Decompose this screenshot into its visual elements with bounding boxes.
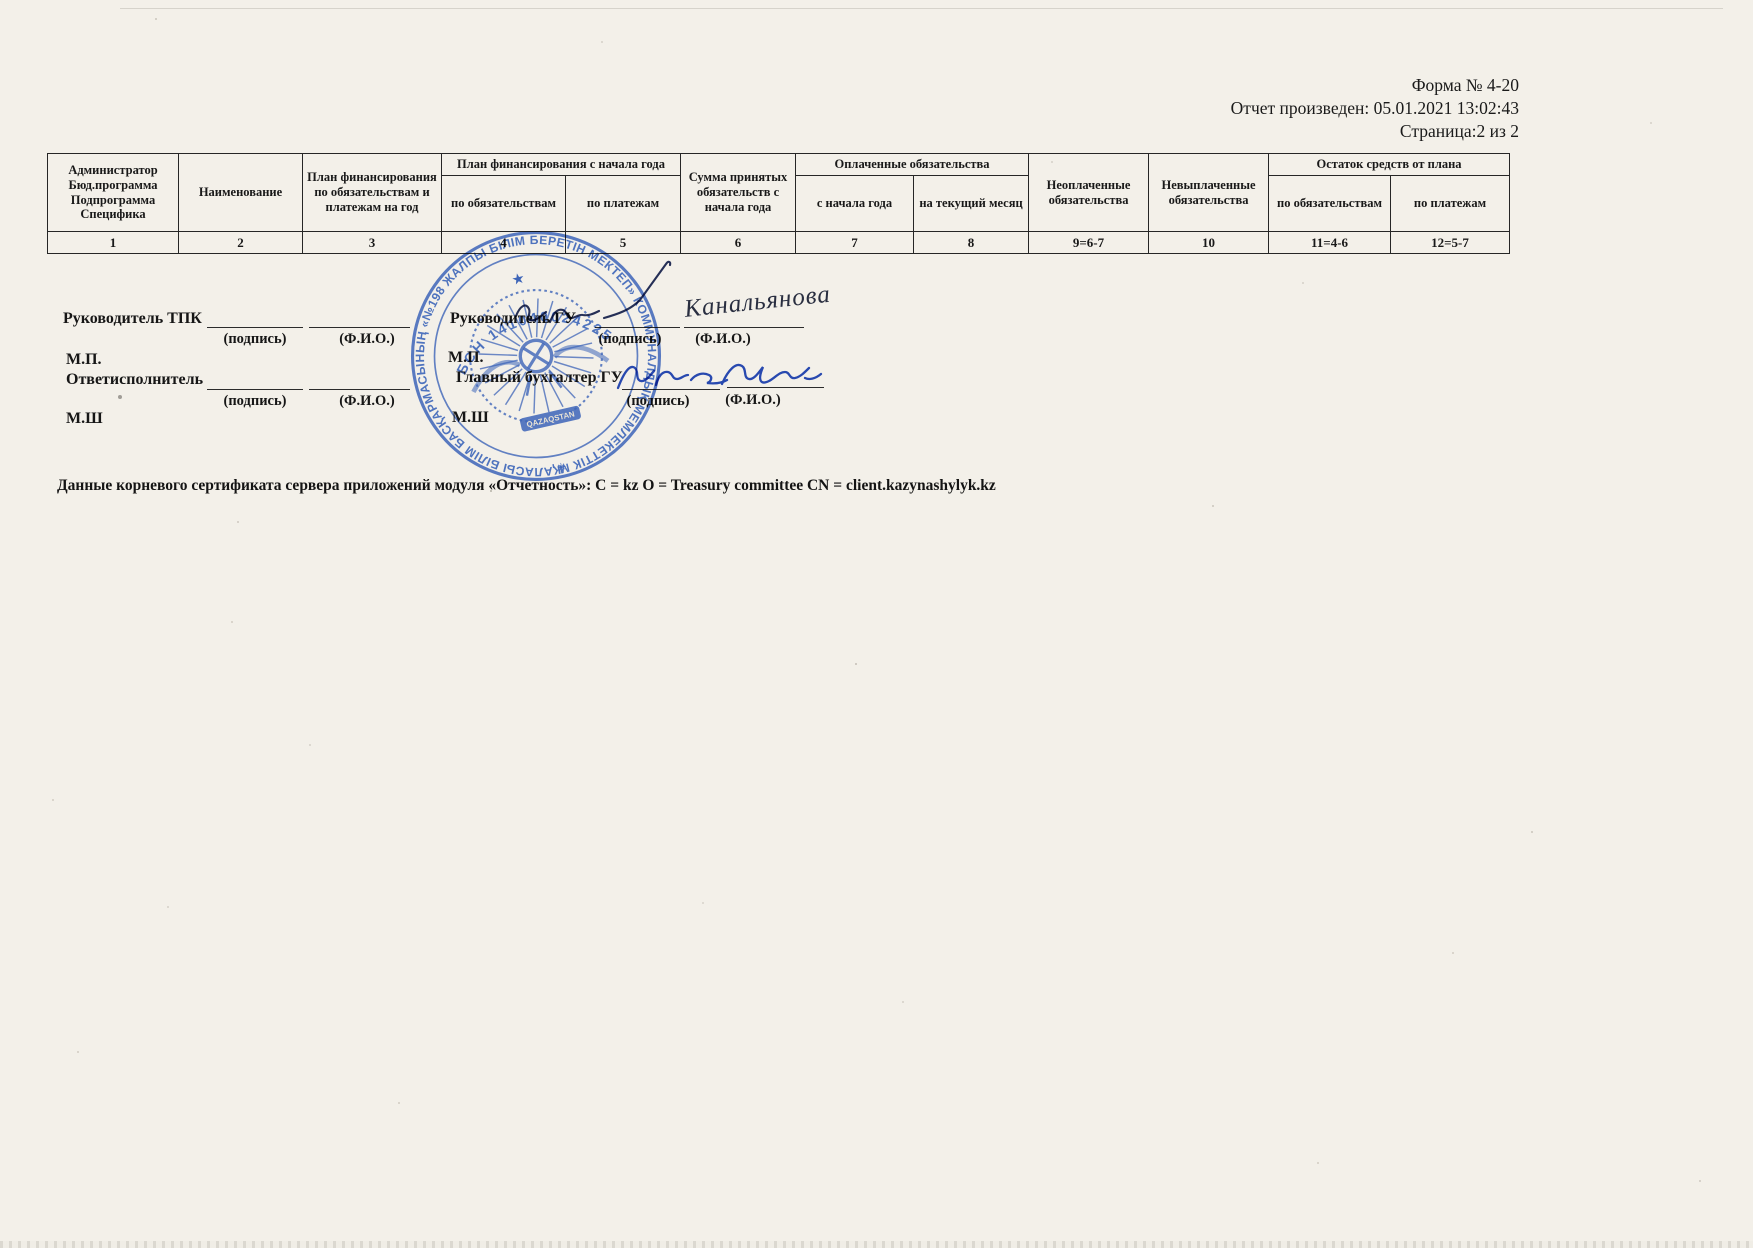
signature-scribbles [0,0,1753,1248]
accountant-fio-scribble [722,365,821,384]
certificate-info-line: Данные корневого сертификата сервера при… [57,477,996,495]
scanned-report-page: Форма № 4-20 Отчет произведен: 05.01.202… [0,0,1753,1248]
emblem-star-icon: ★ [510,270,526,289]
right-wing-icon [553,340,608,373]
